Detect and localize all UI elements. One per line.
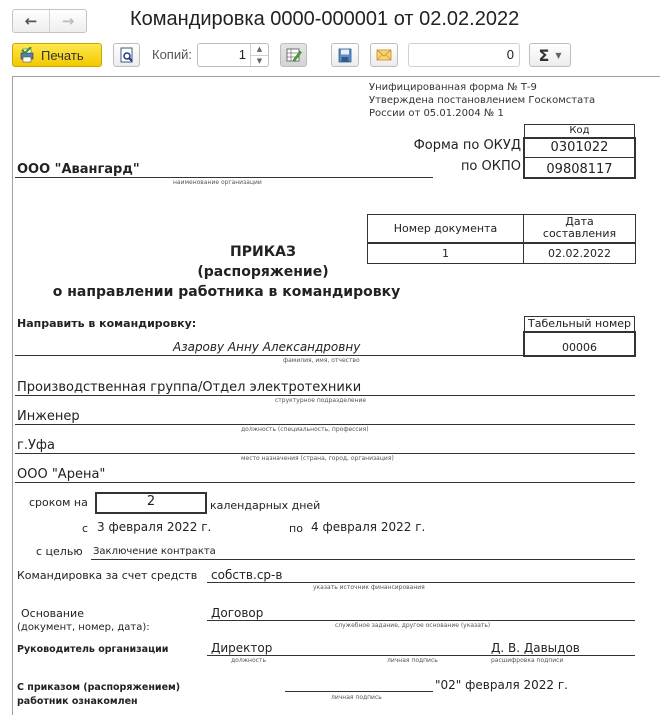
basis-sublabel: (документ, номер, дата): [17,622,150,633]
organization-name: ООО "Авангард" [17,162,140,177]
position-caption: должность (специальность, профессия) [241,426,369,433]
window-title: Командировка 0000-000001 от 02.02.2022 [130,8,519,31]
chevron-down-icon: ▼ [555,51,561,60]
term-label: сроком на [29,496,88,509]
organization-caption: наименование организации [173,179,262,186]
print-button[interactable]: Печать [12,43,102,67]
sigma-icon: Σ [538,46,549,65]
head-position: Директор [211,641,272,655]
doc-date-header: Дата составления [524,215,635,242]
okud-label: Форма по ОКУД [414,138,521,153]
head-name-caption: расшифровка подписи [491,657,563,664]
page-preview-icon [120,47,134,63]
purpose: Заключение контракта [93,546,216,557]
navigation-buttons: ← → [12,9,87,33]
ack-label: С приказом (распоряжением) [17,682,180,693]
position: Инженер [17,409,80,424]
from-label: с [82,522,88,535]
tab-number: 00006 [523,331,636,357]
print-label: Печать [41,48,84,63]
basis-caption: служебное задание, другое основание (ука… [335,622,490,629]
basis: Договор [211,606,263,620]
code-header: Код [524,124,635,138]
form-header-line2: Утверждена постановлением Госкомстата [369,94,595,108]
department: Производственная группа/Отдел электротех… [17,380,361,395]
save-button[interactable] [331,43,359,67]
from-date: 3 февраля 2022 г. [97,520,211,534]
decrement-icon[interactable]: ▼ [251,56,268,67]
to-date: 4 февраля 2022 г. [311,520,425,534]
preview-button[interactable] [113,43,140,67]
copies-input[interactable]: 1 ▲ ▼ [197,43,269,67]
back-button[interactable]: ← [13,10,50,32]
head-label: Руководитель организации [17,644,168,655]
funding-source: собств.ср-в [211,568,282,582]
sum-dropdown-button[interactable]: Σ ▼ [529,43,571,67]
okpo-value: 09808117 [525,158,634,182]
form-header-line1: Унифицированная форма № Т-9 [369,81,537,95]
copies-value: 1 [239,47,246,62]
increment-icon[interactable]: ▲ [251,44,268,56]
head-name: Д. В. Давыдов [491,641,580,655]
ack-date: "02" февраля 2022 г. [435,678,568,692]
basis-label: Основание [21,607,84,620]
send-label: Направить в командировку: [17,317,196,330]
destination-caption: место назначения (страна, город, организ… [241,455,394,462]
floppy-disk-icon [338,48,352,63]
order-description: о направлении работника в командировку [13,284,440,300]
envelope-icon [376,49,392,61]
ack-signature-caption: личная подпись [331,694,382,701]
send-email-button[interactable] [370,43,398,67]
destination: г.Уфа [17,438,55,453]
okpo-label: по ОКПО [461,159,521,174]
funding-label: Командировка за счет средств [17,569,197,582]
to-label: по [289,522,303,535]
employee-name: Азарову Анну Александровну [173,340,360,354]
sum-field[interactable]: 0 [408,43,520,67]
edit-table-icon [286,47,302,63]
purpose-label: с целью [36,545,83,558]
order-title: ПРИКАЗ [13,244,513,260]
sum-value: 0 [507,47,514,62]
arrow-left-icon: ← [25,12,38,30]
funding-caption: указать источник финансирования [313,584,425,591]
doc-date: 02.02.2022 [524,244,635,263]
tab-number-header: Табельный номер [524,316,635,332]
department-caption: структурное подразделение [275,397,366,404]
term-unit: календарных дней [210,499,320,512]
print-form-document: Унифицированная форма № Т-9 Утверждена п… [12,76,660,715]
employee-caption: фамилия, имя, отчество [283,357,360,364]
doc-number-header: Номер документа [368,215,524,242]
ack-sublabel: работник ознакомлен [17,696,138,707]
head-signature-caption: личная подпись [387,657,438,664]
code-table: 0301022 09808117 [523,137,636,179]
arrow-right-icon: → [62,12,75,30]
edit-table-button[interactable] [280,43,307,67]
copies-stepper[interactable]: ▲ ▼ [250,44,268,66]
order-subtitle: (распоряжение) [13,264,513,280]
destination-organization: ООО "Арена" [17,467,105,482]
printer-icon [19,47,35,63]
form-header-line3: России от 05.01.2004 № 1 [369,107,504,121]
forward-button[interactable]: → [50,10,86,32]
term-days: 2 [95,492,207,514]
head-position-caption: должность [231,657,266,664]
okud-value: 0301022 [525,139,634,158]
copies-label: Копий: [152,47,192,62]
